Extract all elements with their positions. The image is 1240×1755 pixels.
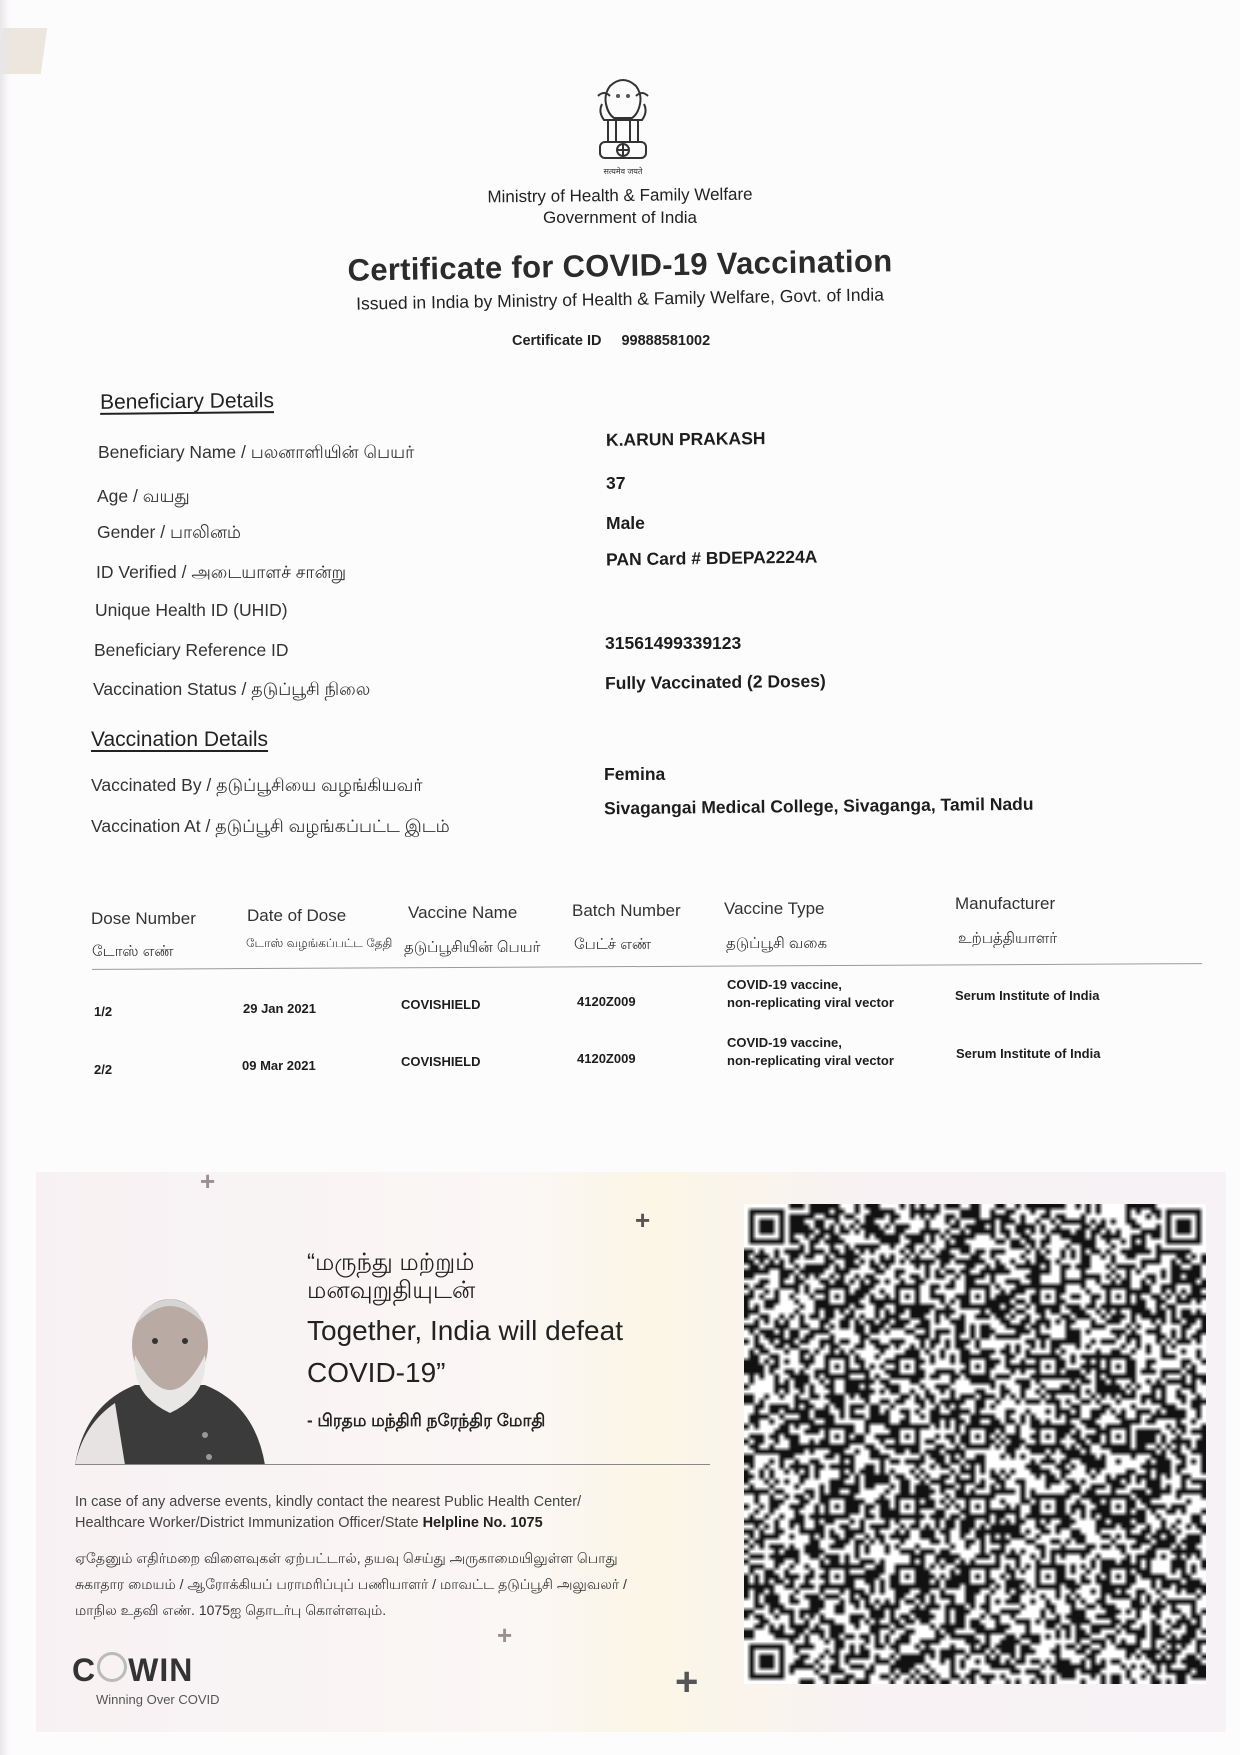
helpline-number: Helpline No. 1075 — [423, 1515, 543, 1531]
vaccinated-by-value: Femina — [604, 764, 665, 785]
vaccine-type: COVID-19 vaccine, non-replicating viral … — [727, 976, 894, 1012]
vaccination-details-heading: Vaccination Details — [91, 728, 268, 752]
certificate-id: Certificate ID 99888581002 — [512, 333, 710, 349]
manufacturer: Serum Institute of India — [955, 988, 1099, 1003]
advisory-ta-line1: ஏதேனும் எதிர்மறை விளைவுகள் ஏற்பட்டால், த… — [75, 1545, 715, 1571]
advisory-ta-line2: சுகாதார மையம் / ஆரோக்கியப் பராமரிப்புப் … — [75, 1571, 715, 1597]
vaccine-type-line2: non-replicating viral vector — [727, 994, 894, 1012]
decorative-plus-icon: + — [675, 1660, 698, 1705]
cowin-logo-c: C — [72, 1652, 96, 1688]
certificate-id-value: 99888581002 — [621, 333, 710, 349]
certificate-id-label: Certificate ID — [512, 333, 601, 349]
vaccination-at-label: Vaccination At / தடுப்பூசி வழங்கப்பட்ட இ… — [91, 816, 450, 839]
vaccine-type-line2: non-replicating viral vector — [727, 1052, 894, 1070]
verification-qr-code — [744, 1204, 1206, 1684]
advisory-ta-line3: மாநில உதவி எண். 1075ஐ தொடர்பு கொள்ளவும். — [75, 1597, 715, 1623]
adverse-events-advisory-english: In case of any adverse events, kindly co… — [75, 1492, 715, 1534]
table-header-divider — [92, 963, 1202, 970]
beneficiary-reference-id-label: Beneficiary Reference ID — [94, 640, 289, 661]
batch-number: 4120Z009 — [577, 994, 636, 1009]
quote-english: Together, India will defeat COVID-19” — [307, 1310, 623, 1394]
vaccine-type: COVID-19 vaccine, non-replicating viral … — [727, 1034, 894, 1070]
id-verified-value: PAN Card # BDEPA2224A — [606, 547, 818, 571]
col-manufacturer-ta: உற்பத்தியாளர் — [958, 932, 1057, 946]
beneficiary-reference-id-value: 31561499339123 — [605, 633, 741, 654]
svg-text:सत्यमेव जयते: सत्यमेव जयते — [604, 166, 643, 176]
vaccination-status-value: Fully Vaccinated (2 Doses) — [605, 671, 826, 694]
decorative-plus-icon: + — [200, 1166, 215, 1197]
beneficiary-name-label: Beneficiary Name / பலனாளியின் பெயர் — [98, 442, 414, 465]
dose-date: 09 Mar 2021 — [242, 1058, 316, 1073]
vaccine-name: COVISHIELD — [401, 997, 480, 1012]
beneficiary-details-heading: Beneficiary Details — [100, 389, 274, 415]
age-value: 37 — [606, 473, 625, 494]
vaccinated-by-label: Vaccinated By / தடுப்பூசியை வழங்கியவர் — [91, 775, 423, 798]
batch-number: 4120Z009 — [577, 1051, 636, 1066]
dose-number: 1/2 — [94, 1004, 112, 1019]
vaccination-status-label: Vaccination Status / தடுப்பூசி நிலை — [93, 679, 370, 702]
id-verified-label: ID Verified / அடையாளச் சான்று — [96, 562, 346, 585]
cowin-logo: CWIN — [72, 1652, 193, 1689]
quote-tamil: “மருந்து மற்றும் மனவுறுதியுடன் — [307, 1249, 475, 1305]
decorative-plus-icon: + — [635, 1205, 650, 1236]
col-vaccine-type: Vaccine Type — [724, 899, 825, 919]
quote-english-line1: Together, India will defeat — [307, 1310, 623, 1352]
dose-number: 2/2 — [94, 1062, 112, 1077]
quote-tamil-line1: “மருந்து மற்றும் — [307, 1249, 475, 1277]
cowin-virus-o-icon — [97, 1652, 127, 1682]
cowin-logo-win: WIN — [128, 1652, 193, 1688]
beneficiary-name-value: K.ARUN PRAKASH — [606, 428, 766, 451]
uhid-label: Unique Health ID (UHID) — [95, 600, 288, 621]
national-emblem-icon: सत्यमेव जयते — [588, 74, 658, 182]
prime-minister-portrait — [75, 1275, 265, 1465]
advisory-en-line2-text: Healthcare Worker/District Immunization … — [75, 1515, 423, 1531]
vaccine-name: COVISHIELD — [401, 1054, 480, 1069]
col-batch-number-ta: பேட்ச் எண் — [574, 938, 651, 952]
government-name: Government of India — [0, 208, 1240, 228]
col-vaccine-name-ta: தடுப்பூசியின் பெயர் — [404, 941, 540, 955]
col-vaccine-type-ta: தடுப்பூசி வகை — [726, 937, 827, 951]
gender-value: Male — [606, 513, 645, 534]
cowin-tagline: Winning Over COVID — [96, 1692, 220, 1707]
col-batch-number: Batch Number — [572, 901, 681, 921]
quote-tamil-line2: மனவுறுதியுடன் — [307, 1277, 475, 1305]
col-date-of-dose: Date of Dose — [247, 906, 346, 926]
decorative-plus-icon: + — [497, 1620, 512, 1651]
vaccine-type-line1: COVID-19 vaccine, — [727, 976, 894, 994]
col-manufacturer: Manufacturer — [955, 894, 1055, 914]
dose-date: 29 Jan 2021 — [243, 1001, 316, 1016]
quote-english-line2: COVID-19” — [307, 1352, 623, 1394]
advisory-en-line2: Healthcare Worker/District Immunization … — [75, 1513, 715, 1534]
vaccination-at-value: Sivagangai Medical College, Sivaganga, T… — [604, 794, 1034, 819]
banner-divider — [75, 1464, 710, 1465]
gender-label: Gender / பாலினம் — [97, 522, 241, 545]
age-label: Age / வயது — [97, 486, 190, 509]
col-dose-number: Dose Number — [91, 909, 196, 929]
manufacturer: Serum Institute of India — [956, 1046, 1100, 1061]
adverse-events-advisory-tamil: ஏதேனும் எதிர்மறை விளைவுகள் ஏற்பட்டால், த… — [75, 1545, 715, 1623]
advisory-en-line1: In case of any adverse events, kindly co… — [75, 1492, 715, 1513]
vaccine-type-line1: COVID-19 vaccine, — [727, 1034, 894, 1052]
col-vaccine-name: Vaccine Name — [408, 903, 517, 923]
quote-attribution: - பிரதம மந்திரி நரேந்திர மோதி — [307, 1411, 545, 1433]
col-date-of-dose-ta: டோஸ் வழங்கப்பட்ட தேதி — [246, 937, 396, 950]
col-dose-number-ta: டோஸ் எண் — [92, 945, 174, 959]
